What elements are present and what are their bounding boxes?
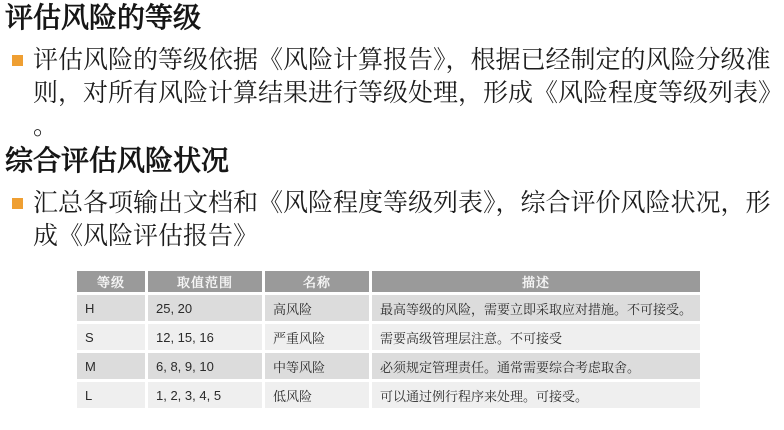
cell-level: M: [77, 353, 145, 379]
table-header-description: 描述: [372, 271, 700, 292]
bullet-text: 评估风险的等级依据《风险计算报告》，根据已经制定的风险分级准 则，对所有风险计算…: [33, 44, 780, 143]
section-risk-grading: 评估风险的等级 评估风险的等级依据《风险计算报告》，根据已经制定的风险分级准 则…: [5, 2, 780, 143]
cell-description: 最高等级的风险，需要立即采取应对措施。不可接受。: [372, 295, 700, 321]
table-header-name: 名称: [265, 271, 369, 292]
cell-description: 必须规定管理责任。通常需要综合考虑取舍。: [372, 353, 700, 379]
cell-level: L: [77, 382, 145, 408]
table-header-range: 取值范围: [148, 271, 262, 292]
table-row-medium: M 6, 8, 9, 10 中等风险 必须规定管理责任。通常需要综合考虑取舍。: [77, 353, 700, 379]
table-row-high: H 25, 20 高风险 最高等级的风险，需要立即采取应对措施。不可接受。: [77, 295, 700, 321]
table-row-serious: S 12, 15, 16 严重风险 需要高级管理层注意。不可接受: [77, 324, 700, 350]
cell-name: 中等风险: [265, 353, 369, 379]
bullet-line: 。: [33, 110, 780, 143]
cell-range: 6, 8, 9, 10: [148, 353, 262, 379]
bullet-square-icon: [12, 55, 23, 66]
table-row-low: L 1, 2, 3, 4, 5 低风险 可以通过例行程序来处理。可接受。: [77, 382, 700, 408]
section-heading: 综合评估风险状况: [5, 145, 780, 177]
cell-range: 12, 15, 16: [148, 324, 262, 350]
bullet-square-icon: [12, 198, 23, 209]
table-header-row: 等级 取值范围 名称 描述: [77, 271, 700, 292]
bullet-line: 汇总各项输出文档和《风险程度等级列表》，综合评价风险状况，形: [33, 187, 771, 220]
bullet-text: 汇总各项输出文档和《风险程度等级列表》，综合评价风险状况，形 成《风险评估报告》: [33, 187, 771, 253]
section-heading: 评估风险的等级: [5, 2, 780, 34]
cell-level: S: [77, 324, 145, 350]
section-overall-assessment: 综合评估风险状况 汇总各项输出文档和《风险程度等级列表》，综合评价风险状况，形 …: [5, 145, 780, 253]
table-header-level: 等级: [77, 271, 145, 292]
bullet-line: 则，对所有风险计算结果进行等级处理，形成《风险程度等级列表》: [33, 77, 780, 110]
cell-description: 可以通过例行程序来处理。可接受。: [372, 382, 700, 408]
cell-level: H: [77, 295, 145, 321]
bullet-item: 汇总各项输出文档和《风险程度等级列表》，综合评价风险状况，形 成《风险评估报告》: [5, 187, 780, 253]
cell-description: 需要高级管理层注意。不可接受: [372, 324, 700, 350]
cell-name: 严重风险: [265, 324, 369, 350]
risk-level-table: 等级 取值范围 名称 描述 H 25, 20 高风险 最高等级的风险，需要立即采…: [74, 268, 703, 411]
bullet-item: 评估风险的等级依据《风险计算报告》，根据已经制定的风险分级准 则，对所有风险计算…: [5, 44, 780, 143]
bullet-line: 成《风险评估报告》: [33, 220, 771, 253]
cell-range: 25, 20: [148, 295, 262, 321]
slide: 评估风险的等级 评估风险的等级依据《风险计算报告》，根据已经制定的风险分级准 则…: [0, 0, 784, 430]
bullet-line: 评估风险的等级依据《风险计算报告》，根据已经制定的风险分级准: [33, 44, 780, 77]
cell-name: 低风险: [265, 382, 369, 408]
cell-range: 1, 2, 3, 4, 5: [148, 382, 262, 408]
cell-name: 高风险: [265, 295, 369, 321]
